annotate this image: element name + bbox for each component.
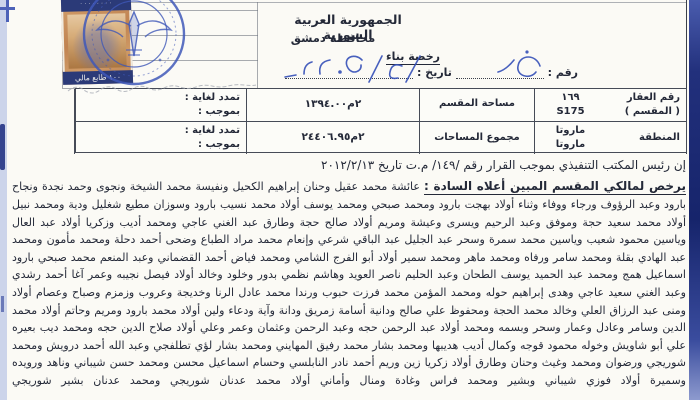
parcel-info-table: رقم العقار ( المقسم ) ١٦٩ S175 مساحة الم… [75, 88, 687, 153]
floor-area-label: مجموع المساحات الطابقية [434, 132, 520, 154]
owners-names-line: ومنى عبد الرزاق العلي وخالد محمد الحجة و… [12, 302, 686, 320]
owners-names-line: وسميرة أولاد فوزي شيباني وبشير ومحمد فرا… [12, 372, 686, 390]
owners-names-line: شوريجي ورضوان ومحمد وغيث وحنان وطارق أول… [12, 354, 686, 372]
extension-by-label-2: بموجب : [81, 138, 240, 151]
extension-by-label: بموجب : [81, 105, 240, 118]
number-date-line: رقم : تاريخ : [278, 66, 578, 84]
governorate-title: محافظة دمشق [288, 31, 378, 45]
authorization-line: يرخص لمالكي المقسم المبين أعلاه السادة :… [12, 177, 686, 196]
zone-value-2: ماروتا سيتي [541, 138, 600, 154]
stamp-artwork [67, 13, 126, 68]
parcel-number-value: ١٦٩ [541, 91, 600, 105]
table-cell-parcel-value: ١٦٩ S175 [534, 89, 606, 121]
parcel-number-sublabel: ( المقسم ) [612, 105, 680, 118]
authorization-label: يرخص لمالكي المقسم المبين أعلاه السادة : [424, 179, 686, 195]
stamp-kind: طابع مالي [75, 73, 107, 83]
owners-names-line: الدين وسامر وعادل وعمار وسحر وبسمه ومحمد… [12, 319, 686, 337]
table-cell-area-value: ٢م١٣٩٤.٠٠ [246, 89, 419, 121]
scan-mark-left-2 [1, 296, 4, 312]
floor-area-value: ٢م٢٤٤٠٦.٩٥ [302, 131, 365, 143]
table-cell-extension-2: تمدد لغاية : بموجب : [74, 121, 246, 154]
corner-cross-icon [0, 7, 15, 10]
decree-intro-line: إن رئيس المكتب التنفيذي بموجب القرار رقم… [12, 156, 686, 177]
header-box-line [257, 2, 258, 88]
stamp-value: ١٠٠ [109, 72, 121, 81]
parcel-number-label: رقم العقار [612, 91, 680, 105]
table-cell-floor-area-value: ٢م٢٤٤٠٦.٩٥ [246, 121, 419, 154]
permit-body-text: إن رئيس المكتب التنفيذي بموجب القرار رقم… [12, 156, 686, 390]
top-border-line [62, 2, 687, 3]
parcel-area-value: ٢م١٣٩٤.٠٠ [305, 98, 362, 110]
number-label: رقم : [548, 66, 578, 79]
table-cell-zone-label: المنطقة العقارية [606, 121, 686, 154]
table-cell-area-label: مساحة المقسم [419, 89, 534, 121]
document-type-title: رخصة بناء [386, 50, 440, 65]
zone-value: ماروتا [541, 124, 600, 138]
extension-until-label-2: تمدد لغاية : [81, 124, 240, 138]
date-label: تاريخ : [417, 66, 452, 79]
table-cell-floor-area-label: مجموع المساحات الطابقية [419, 121, 534, 154]
parcel-code-value: S175 [541, 105, 600, 118]
owners-names-line: اسماعيل همج ومحمد عبد الحميد يوسف الطحان… [12, 266, 686, 284]
stamp-top-band: · · · · · · · · [61, 0, 131, 12]
scan-edge-left [0, 0, 7, 400]
building-permit-document: · · · · · · · · ١٠٠ طابع مالي الجمهورية … [0, 0, 700, 400]
owners-names-line: عبد الهادي بقلة ومحمد سامر ورفاه ومحمد م… [12, 249, 686, 267]
corner-cross-icon [6, 0, 9, 22]
zone-label: المنطقة العقارية [639, 132, 680, 154]
owners-names-line: علي أبو شاويش وخوله محمود قوجه وكمال أدي… [12, 337, 686, 355]
scan-edge-right [689, 0, 700, 400]
extension-until-label: تمدد لغاية : [81, 91, 240, 105]
revenue-stamp: · · · · · · · · ١٠٠ طابع مالي [61, 0, 133, 85]
table-cell-parcel-label: رقم العقار ( المقسم ) [606, 89, 686, 121]
table-cell-zone-value: ماروتا ماروتا سيتي [534, 121, 606, 154]
number-dotted-field [456, 67, 544, 79]
stamp-value-band: ١٠٠ طابع مالي [63, 70, 133, 85]
owners-names-line: وعبد الغني سعيد عاجي وهدى إبراهيم حوله و… [12, 284, 686, 302]
parcel-area-label: مساحة المقسم [439, 98, 515, 109]
table-cell-extension: تمدد لغاية : بموجب : [74, 89, 246, 121]
date-dotted-field [285, 67, 413, 79]
owners-names-line: وياسين محمود شعيب وياسين محمد سمرة وسحر … [12, 231, 686, 249]
owners-names-line: بارود وعبد الرؤوف ورجاء ووفاء وثناء أولا… [12, 196, 686, 214]
scan-mark-left [0, 124, 5, 170]
owners-names-line: أولاد محمد سعيد حجة وموفق وعبد الرحيم وي… [12, 214, 686, 232]
